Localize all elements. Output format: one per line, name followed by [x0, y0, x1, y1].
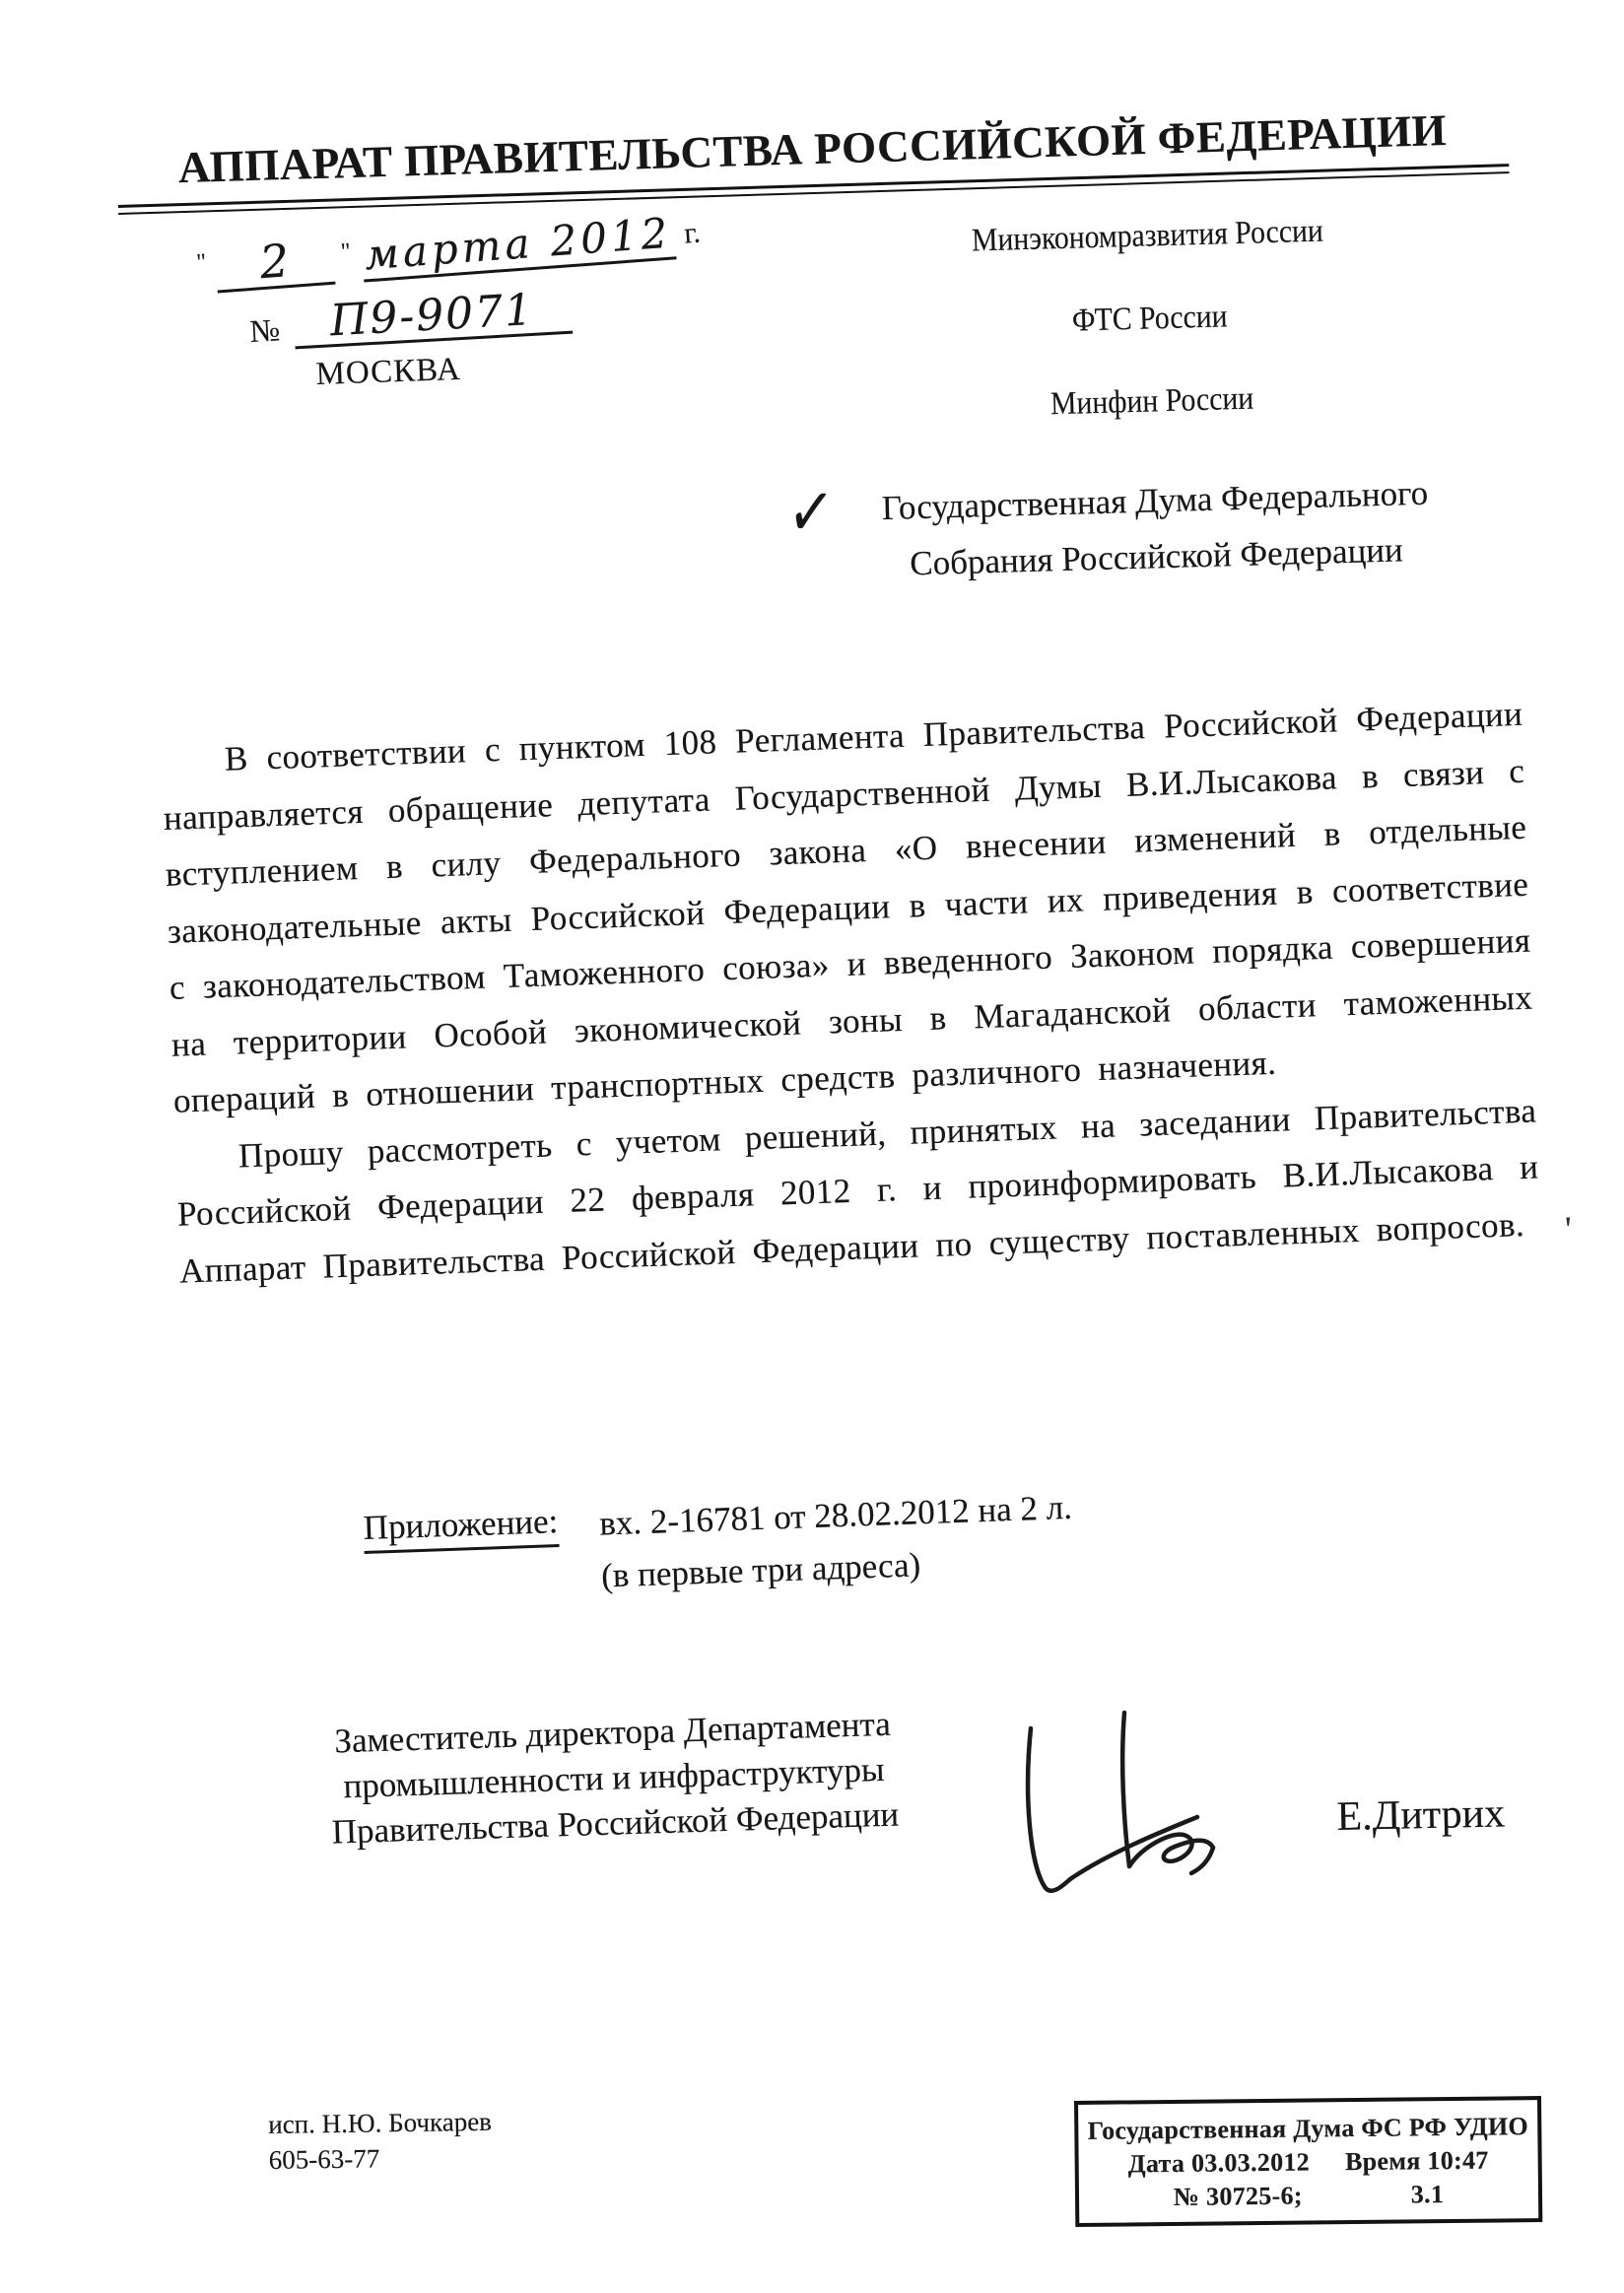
attachment-block: Приложение: вх. 2-16781 от 28.02.2012 на… — [363, 1481, 1075, 1610]
executor-phone: 605-63-77 — [269, 2139, 493, 2178]
date-month-underline: марта 2012 — [360, 209, 676, 282]
close-quote: " — [339, 231, 352, 266]
number-sign: № — [249, 311, 282, 352]
date-month-year: марта 2012 — [363, 209, 673, 280]
date-day-underline: 2 — [214, 233, 336, 294]
date-line: " 2 " марта 2012 г. — [195, 206, 703, 295]
recipient-item: Минфин России — [818, 372, 1486, 431]
letterhead-title: АППАРАТ ПРАВИТЕЛЬСТВА РОССИЙСКОЙ ФЕДЕРАЦ… — [116, 102, 1509, 195]
document-number: П9-9071 — [329, 285, 536, 346]
checkmark-icon: ✓ — [785, 474, 837, 551]
letterhead: АППАРАТ ПРАВИТЕЛЬСТВА РОССИЙСКОЙ ФЕДЕРАЦ… — [116, 102, 1510, 215]
attachment-label: Приложение: — [363, 1499, 559, 1554]
number-line: № П9-9071 — [248, 286, 573, 352]
recipient-item: ФТС России — [816, 290, 1484, 348]
executor-info: исп. Н.Ю. Бочкарев 605-63-77 — [268, 2104, 493, 2178]
stamp-index: 3.1 — [1411, 2178, 1445, 2211]
signer-name: Е.Дитрих — [1336, 1789, 1506, 1841]
stamp-number-row: № 30725-6; 3.1 — [1085, 2177, 1532, 2215]
body-paragraph-1: В соответствии с пунктом 108 Регламента … — [161, 686, 1535, 1129]
date-year-suffix: г. — [683, 216, 702, 258]
stamp-date-time-row: Дата 03.03.2012 Время 10:47 — [1085, 2143, 1532, 2182]
date-day: 2 — [258, 234, 291, 289]
stamp-time: Время 10:47 — [1345, 2144, 1489, 2180]
city-label: МОСКВА — [315, 352, 462, 393]
handwritten-signature-icon — [997, 1667, 1263, 1963]
stamp-organization: Государственная Дума ФС РФ УДИО — [1084, 2110, 1531, 2148]
scan-artifact-mark: ' — [1565, 1208, 1572, 1249]
signer-position: Заместитель директора Департамента промы… — [286, 1700, 942, 1856]
stamp-number: № 30725-6; — [1174, 2180, 1303, 2214]
recipients-list: Минэкономразвития России ФТС России Минф… — [777, 206, 1527, 595]
recipient-item-checked: ✓ Государственная Дума Федерального Собр… — [783, 462, 1527, 595]
number-underline: П9-9071 — [292, 286, 572, 350]
stamp-date: Дата 03.03.2012 — [1128, 2146, 1311, 2182]
open-quote: " — [195, 241, 208, 277]
executor-name: исп. Н.Ю. Бочкарев — [268, 2104, 492, 2142]
letter-body: В соответствии с пунктом 108 Регламента … — [161, 686, 1541, 1300]
recipient-item: Минэкономразвития России — [814, 207, 1482, 265]
registration-stamp: Государственная Дума ФС РФ УДИО Дата 03.… — [1074, 2096, 1542, 2227]
scanned-letter-page: АППАРАТ ПРАВИТЕЛЬСТВА РОССИЙСКОЙ ФЕДЕРАЦ… — [0, 0, 1624, 2293]
attachment-value: вх. 2-16781 от 28.02.2012 на 2 л. (в пер… — [598, 1481, 1074, 1602]
